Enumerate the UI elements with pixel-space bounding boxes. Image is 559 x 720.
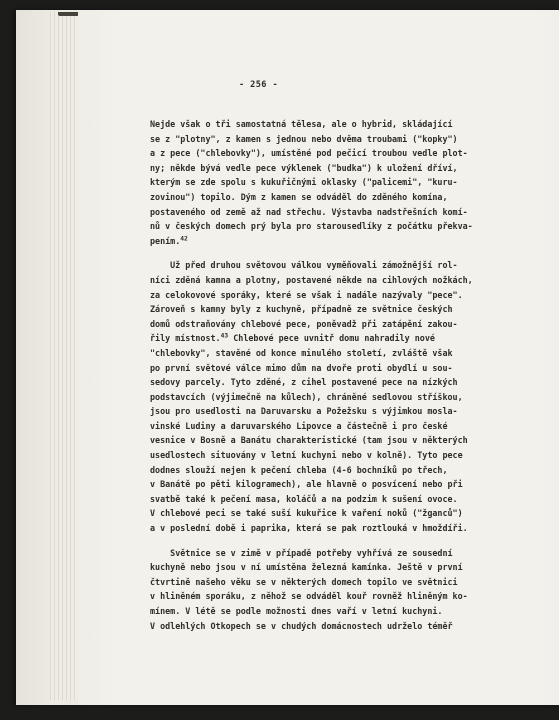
paragraph-1-text: Nejde však o tři samostatná tělesa, ale …: [150, 119, 473, 246]
page-body: Nejde však o tři samostatná tělesa, ale …: [150, 117, 482, 633]
scanner-background: - 256 - Nejde však o tři samostatná těle…: [0, 0, 559, 720]
paragraph-1: Nejde však o tři samostatná tělesa, ale …: [150, 117, 482, 248]
paper-stack-edge-lines: [50, 12, 78, 700]
paragraph-3-text: Světnice se v zimě v případě potřeby vyh…: [150, 548, 468, 631]
footnote-ref-42: 42: [180, 235, 188, 242]
paper-stack-top-notch: [58, 12, 79, 16]
paragraph-3: Světnice se v zimě v případě potřeby vyh…: [150, 546, 482, 634]
paragraph-2-text-after-note: Chlebové pece uvnitř domu nahradily nové…: [150, 333, 468, 533]
page-number: - 256 -: [239, 80, 278, 90]
paragraph-2-text-before-note: Už před druhou světovou válkou vyměňoval…: [150, 260, 473, 343]
paragraph-2: Už před druhou světovou válkou vyměňoval…: [150, 258, 482, 535]
